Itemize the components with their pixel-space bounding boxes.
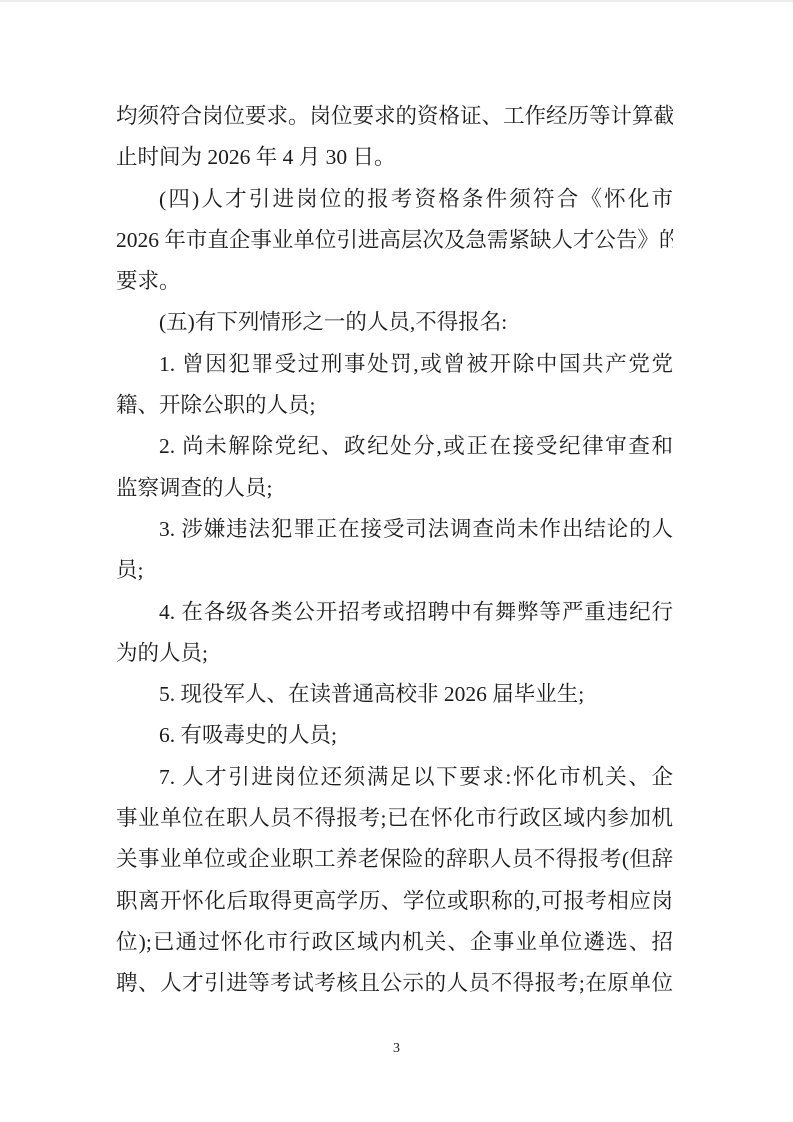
page-number: 3 <box>0 1040 793 1058</box>
text-line: 监察调查的人员; <box>116 468 673 509</box>
text-line: 均须符合岗位要求。岗位要求的资格证、工作经历等计算截 <box>116 96 673 137</box>
document-page: 均须符合岗位要求。岗位要求的资格证、工作经历等计算截止时间为 2026 年 4 … <box>0 0 793 1122</box>
text-line: 事业单位在职人员不得报考;已在怀化市行政区域内参加机 <box>116 798 673 839</box>
text-line: 3. 涉嫌违法犯罪正在接受司法调查尚未作出结论的人 <box>116 509 673 550</box>
text-line: 员; <box>116 550 673 591</box>
text-line: 聘、人才引进等考试考核且公示的人员不得报考;在原单位 <box>116 963 673 1004</box>
text-line: 4. 在各级各类公开招考或招聘中有舞弊等严重违纪行 <box>116 592 673 633</box>
text-line: (五)有下列情形之一的人员,不得报名: <box>116 302 673 343</box>
text-line: 籍、开除公职的人员; <box>116 385 673 426</box>
text-line: 要求。 <box>116 261 673 302</box>
text-line: 6. 有吸毒史的人员; <box>116 715 673 756</box>
text-line: 关事业单位或企业职工养老保险的辞职人员不得报考(但辞 <box>116 839 673 880</box>
text-line: 止时间为 2026 年 4 月 30 日。 <box>116 137 673 178</box>
text-line: 为的人员; <box>116 633 673 674</box>
text-line: (四)人才引进岗位的报考资格条件须符合《怀化市 <box>116 179 673 220</box>
text-line: 职离开怀化后取得更高学历、学位或职称的,可报考相应岗 <box>116 881 673 922</box>
text-line: 2. 尚未解除党纪、政纪处分,或正在接受纪律审查和 <box>116 426 673 467</box>
document-body: 均须符合岗位要求。岗位要求的资格证、工作经历等计算截止时间为 2026 年 4 … <box>116 96 673 1005</box>
text-line: 位);已通过怀化市行政区域内机关、企事业单位遴选、招 <box>116 922 673 963</box>
text-line: 5. 现役军人、在读普通高校非 2026 届毕业生; <box>116 674 673 715</box>
text-line: 2026 年市直企事业单位引进高层次及急需紧缺人才公告》的 <box>116 220 673 261</box>
text-line: 1. 曾因犯罪受过刑事处罚,或曾被开除中国共产党党 <box>116 344 673 385</box>
text-line: 7. 人才引进岗位还须满足以下要求:怀化市机关、企 <box>116 757 673 798</box>
